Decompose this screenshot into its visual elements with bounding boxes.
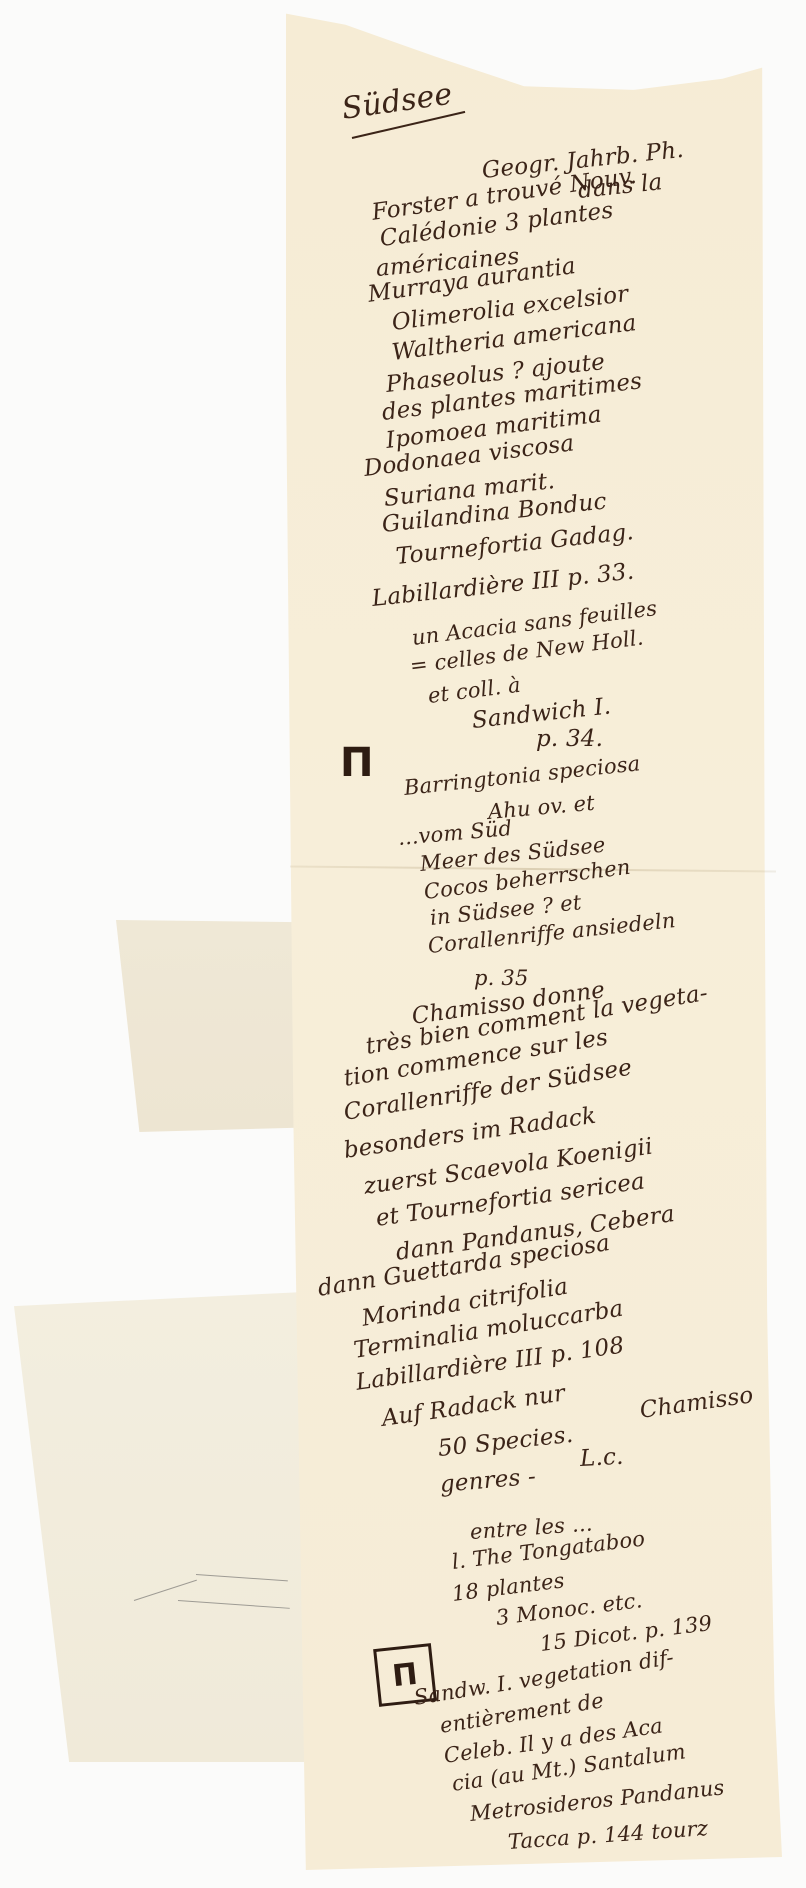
- text-line: L.c.: [579, 1444, 624, 1472]
- margin-pi-symbol: Π: [340, 740, 373, 786]
- pasted-paper-slip-upper: [116, 920, 296, 1132]
- text-line: p. 34.: [536, 726, 603, 752]
- manuscript-scan: Südsee Geogr. Jahrb. Ph. dans la Forster…: [0, 0, 806, 1888]
- text-line: p. 35: [474, 966, 529, 990]
- pasted-paper-slip-lower: [14, 1292, 304, 1762]
